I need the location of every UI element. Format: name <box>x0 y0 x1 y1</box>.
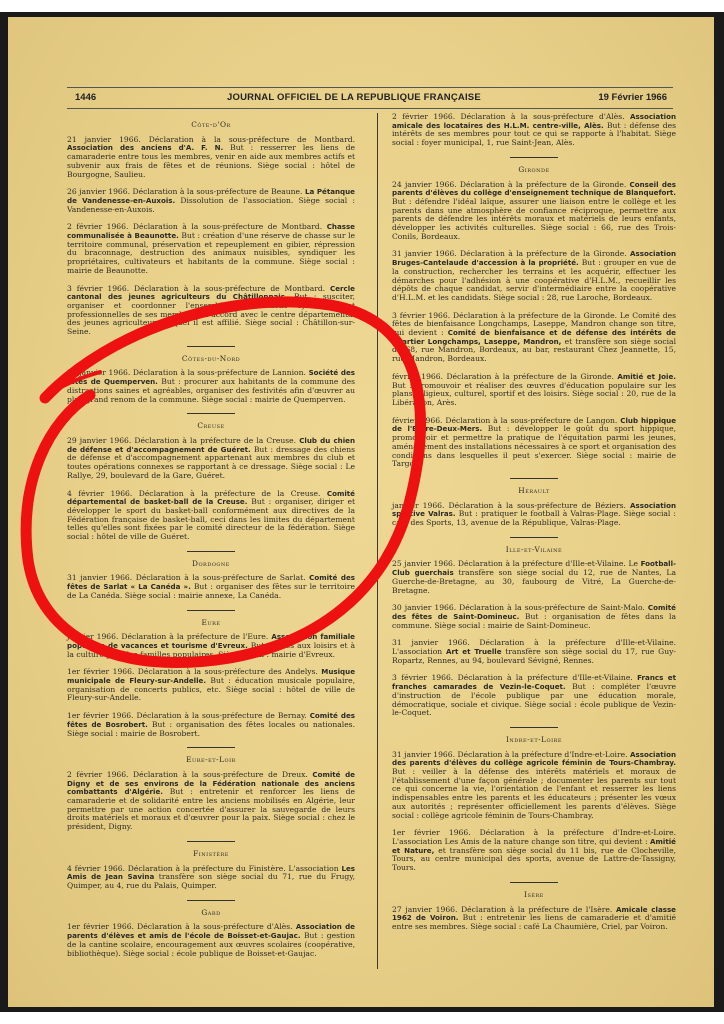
department-heading: Finistère <box>67 850 355 859</box>
association-entry: 31 janvier 1966. Déclaration à la préfec… <box>392 250 676 302</box>
entry-declaration: 1er février 1966. Déclaration à la préfe… <box>392 828 676 846</box>
section-rule <box>187 551 235 552</box>
association-entry: 1er février 1966. Déclaration à la sous-… <box>67 923 355 958</box>
association-name: Amitié et Joie. <box>617 372 676 381</box>
section-rule <box>510 537 558 538</box>
page-header: 1446 JOURNAL OFFICIEL DE LA REPUBLIQUE F… <box>67 87 673 109</box>
entry-declaration: 1er février 1966. Déclaration à la sous-… <box>67 711 310 720</box>
association-entry: 1er février 1966. Déclaration à la préfe… <box>392 829 676 873</box>
department-heading: Côtes-du-Nord <box>67 355 355 364</box>
department-heading: Côte-d'Or <box>67 121 355 130</box>
section-rule <box>187 346 235 347</box>
entry-declaration: février 1966. Déclaration à la sous-préf… <box>392 416 620 425</box>
association-entry: 27 janvier 1966. Déclaration à la préfec… <box>392 906 676 932</box>
section-rule <box>187 413 235 414</box>
association-entry: 24 janvier 1966. Déclaration à la préfec… <box>392 181 676 242</box>
association-entry: 31 janvier 1966. Déclaration à la préfec… <box>392 639 676 665</box>
department-heading: Hérault <box>392 487 676 496</box>
section-rule <box>510 882 558 883</box>
department-heading: Eure-et-Loir <box>67 756 355 765</box>
entry-details: et transfère son siège social du 11 bis,… <box>392 846 676 872</box>
association-name: Art et Truelle <box>446 647 501 656</box>
association-entry: 1er février 1966. Déclaration à la sous-… <box>67 712 355 738</box>
department-heading: Isère <box>392 891 676 900</box>
entry-declaration: 27 janvier 1966. Déclaration à la sous-p… <box>67 368 309 377</box>
section-rule <box>510 727 558 728</box>
entry-details: But : promouvoir et réaliser des œuvres … <box>392 381 676 407</box>
association-name: Association des anciens d'A. F. N. <box>67 143 223 152</box>
association-entry: 2 février 1966. Déclaration à la sous-pr… <box>67 223 355 275</box>
association-entry: 2 février 1966. Déclaration à la sous-pr… <box>392 113 676 148</box>
department-heading: Gironde <box>392 166 676 175</box>
entry-declaration: janvier 1966. Déclaration à la sous-préf… <box>392 501 630 510</box>
entry-declaration: janvier 1966. Déclaration à la préfectur… <box>67 632 271 641</box>
right-column: 2 février 1966. Déclaration à la sous-pr… <box>392 113 676 941</box>
association-entry: 29 janvier 1966. Déclaration à la préfec… <box>67 437 355 481</box>
department-heading: Ille-et-Vilaine <box>392 546 676 555</box>
department-heading: Indre-et-Loire <box>392 736 676 745</box>
entry-details: But : défendre l'idéal laïque, assurer u… <box>392 197 676 241</box>
association-entry: 25 janvier 1966. Déclaration à la préfec… <box>392 560 676 595</box>
entry-declaration: 25 janvier 1966. Déclaration à la préfec… <box>392 559 641 568</box>
entry-declaration: 4 février 1966. Déclaration à la préfect… <box>67 864 341 873</box>
entry-declaration: 30 janvier 1966. Déclaration à la sous-p… <box>392 603 648 612</box>
entry-declaration: 1er février 1966. Déclaration à la sous-… <box>67 667 321 676</box>
section-rule <box>187 747 235 748</box>
issue-date: 19 Février 1966 <box>598 92 667 103</box>
association-entry: 2 février 1966. Déclaration à la sous-pr… <box>67 771 355 832</box>
association-entry: février 1966. Déclaration à la préfectur… <box>392 373 676 408</box>
entry-declaration: 1er février 1966. Déclaration à la sous-… <box>67 922 296 931</box>
entry-declaration: 31 janvier 1966. Déclaration à la préfec… <box>392 750 630 759</box>
section-rule <box>187 610 235 611</box>
column-divider <box>377 113 378 969</box>
department-heading: Creuse <box>67 422 355 431</box>
department-heading: Dordogne <box>67 560 355 569</box>
entry-declaration: 21 janvier 1966. Déclaration à la sous-p… <box>67 135 355 144</box>
association-entry: 3 février 1966. Déclaration à la préfect… <box>392 674 676 718</box>
association-entry: janvier 1966. Déclaration à la sous-préf… <box>392 502 676 528</box>
page-number: 1446 <box>75 92 96 103</box>
entry-declaration: 31 janvier 1966. Déclaration à la sous-p… <box>67 573 309 582</box>
entry-declaration: 3 février 1966. Déclaration à la sous-pr… <box>67 284 330 293</box>
entry-declaration: 2 février 1966. Déclaration à la sous-pr… <box>67 770 312 779</box>
entry-declaration: 4 février 1966. Déclaration à la préfect… <box>67 489 327 498</box>
association-entry: janvier 1966. Déclaration à la préfectur… <box>67 633 355 659</box>
entry-declaration: 3 février 1966. Déclaration à la préfect… <box>392 673 637 682</box>
section-rule <box>510 157 558 158</box>
journal-title: JOURNAL OFFICIEL DE LA REPUBLIQUE FRANÇA… <box>227 92 481 103</box>
association-entry: 31 janvier 1966. Déclaration à la sous-p… <box>67 574 355 600</box>
section-rule <box>187 841 235 842</box>
entry-declaration: 27 janvier 1966. Déclaration à la préfec… <box>392 905 616 914</box>
association-entry: 3 février 1966. Déclaration à la sous-pr… <box>67 285 355 337</box>
association-entry: 30 janvier 1966. Déclaration à la sous-p… <box>392 604 676 630</box>
association-entry: 31 janvier 1966. Déclaration à la préfec… <box>392 751 676 821</box>
association-entry: 1er février 1966. Déclaration à la sous-… <box>67 668 355 703</box>
association-entry: 3 février 1966. Déclaration à la préfect… <box>392 312 676 364</box>
association-entry: 21 janvier 1966. Déclaration à la sous-p… <box>67 136 355 180</box>
entry-declaration: 26 janvier 1966. Déclaration à la sous-p… <box>67 187 305 196</box>
department-heading: Gard <box>67 909 355 918</box>
section-rule <box>187 900 235 901</box>
entry-declaration: 24 janvier 1966. Déclaration à la préfec… <box>392 180 630 189</box>
section-rule <box>510 478 558 479</box>
entry-declaration: 29 janvier 1966. Déclaration à la préfec… <box>67 436 299 445</box>
entry-details: But : veiller à la défense des intérêts … <box>392 767 676 820</box>
department-heading: Eure <box>67 619 355 628</box>
association-entry: 27 janvier 1966. Déclaration à la sous-p… <box>67 369 355 404</box>
association-entry: 4 février 1966. Déclaration à la préfect… <box>67 865 355 891</box>
entry-declaration: 31 janvier 1966. Déclaration à la préfec… <box>392 249 630 258</box>
entry-declaration: 2 février 1966. Déclaration à la sous-pr… <box>392 112 630 121</box>
entry-declaration: 2 février 1966. Déclaration à la sous-pr… <box>67 222 327 231</box>
association-entry: 26 janvier 1966. Déclaration à la sous-p… <box>67 188 355 214</box>
left-column: Côte-d'Or21 janvier 1966. Déclaration à … <box>67 113 355 967</box>
association-entry: février 1966. Déclaration à la sous-préf… <box>392 417 676 469</box>
association-entry: 4 février 1966. Déclaration à la préfect… <box>67 490 355 542</box>
entry-declaration: février 1966. Déclaration à la préfectur… <box>392 372 617 381</box>
